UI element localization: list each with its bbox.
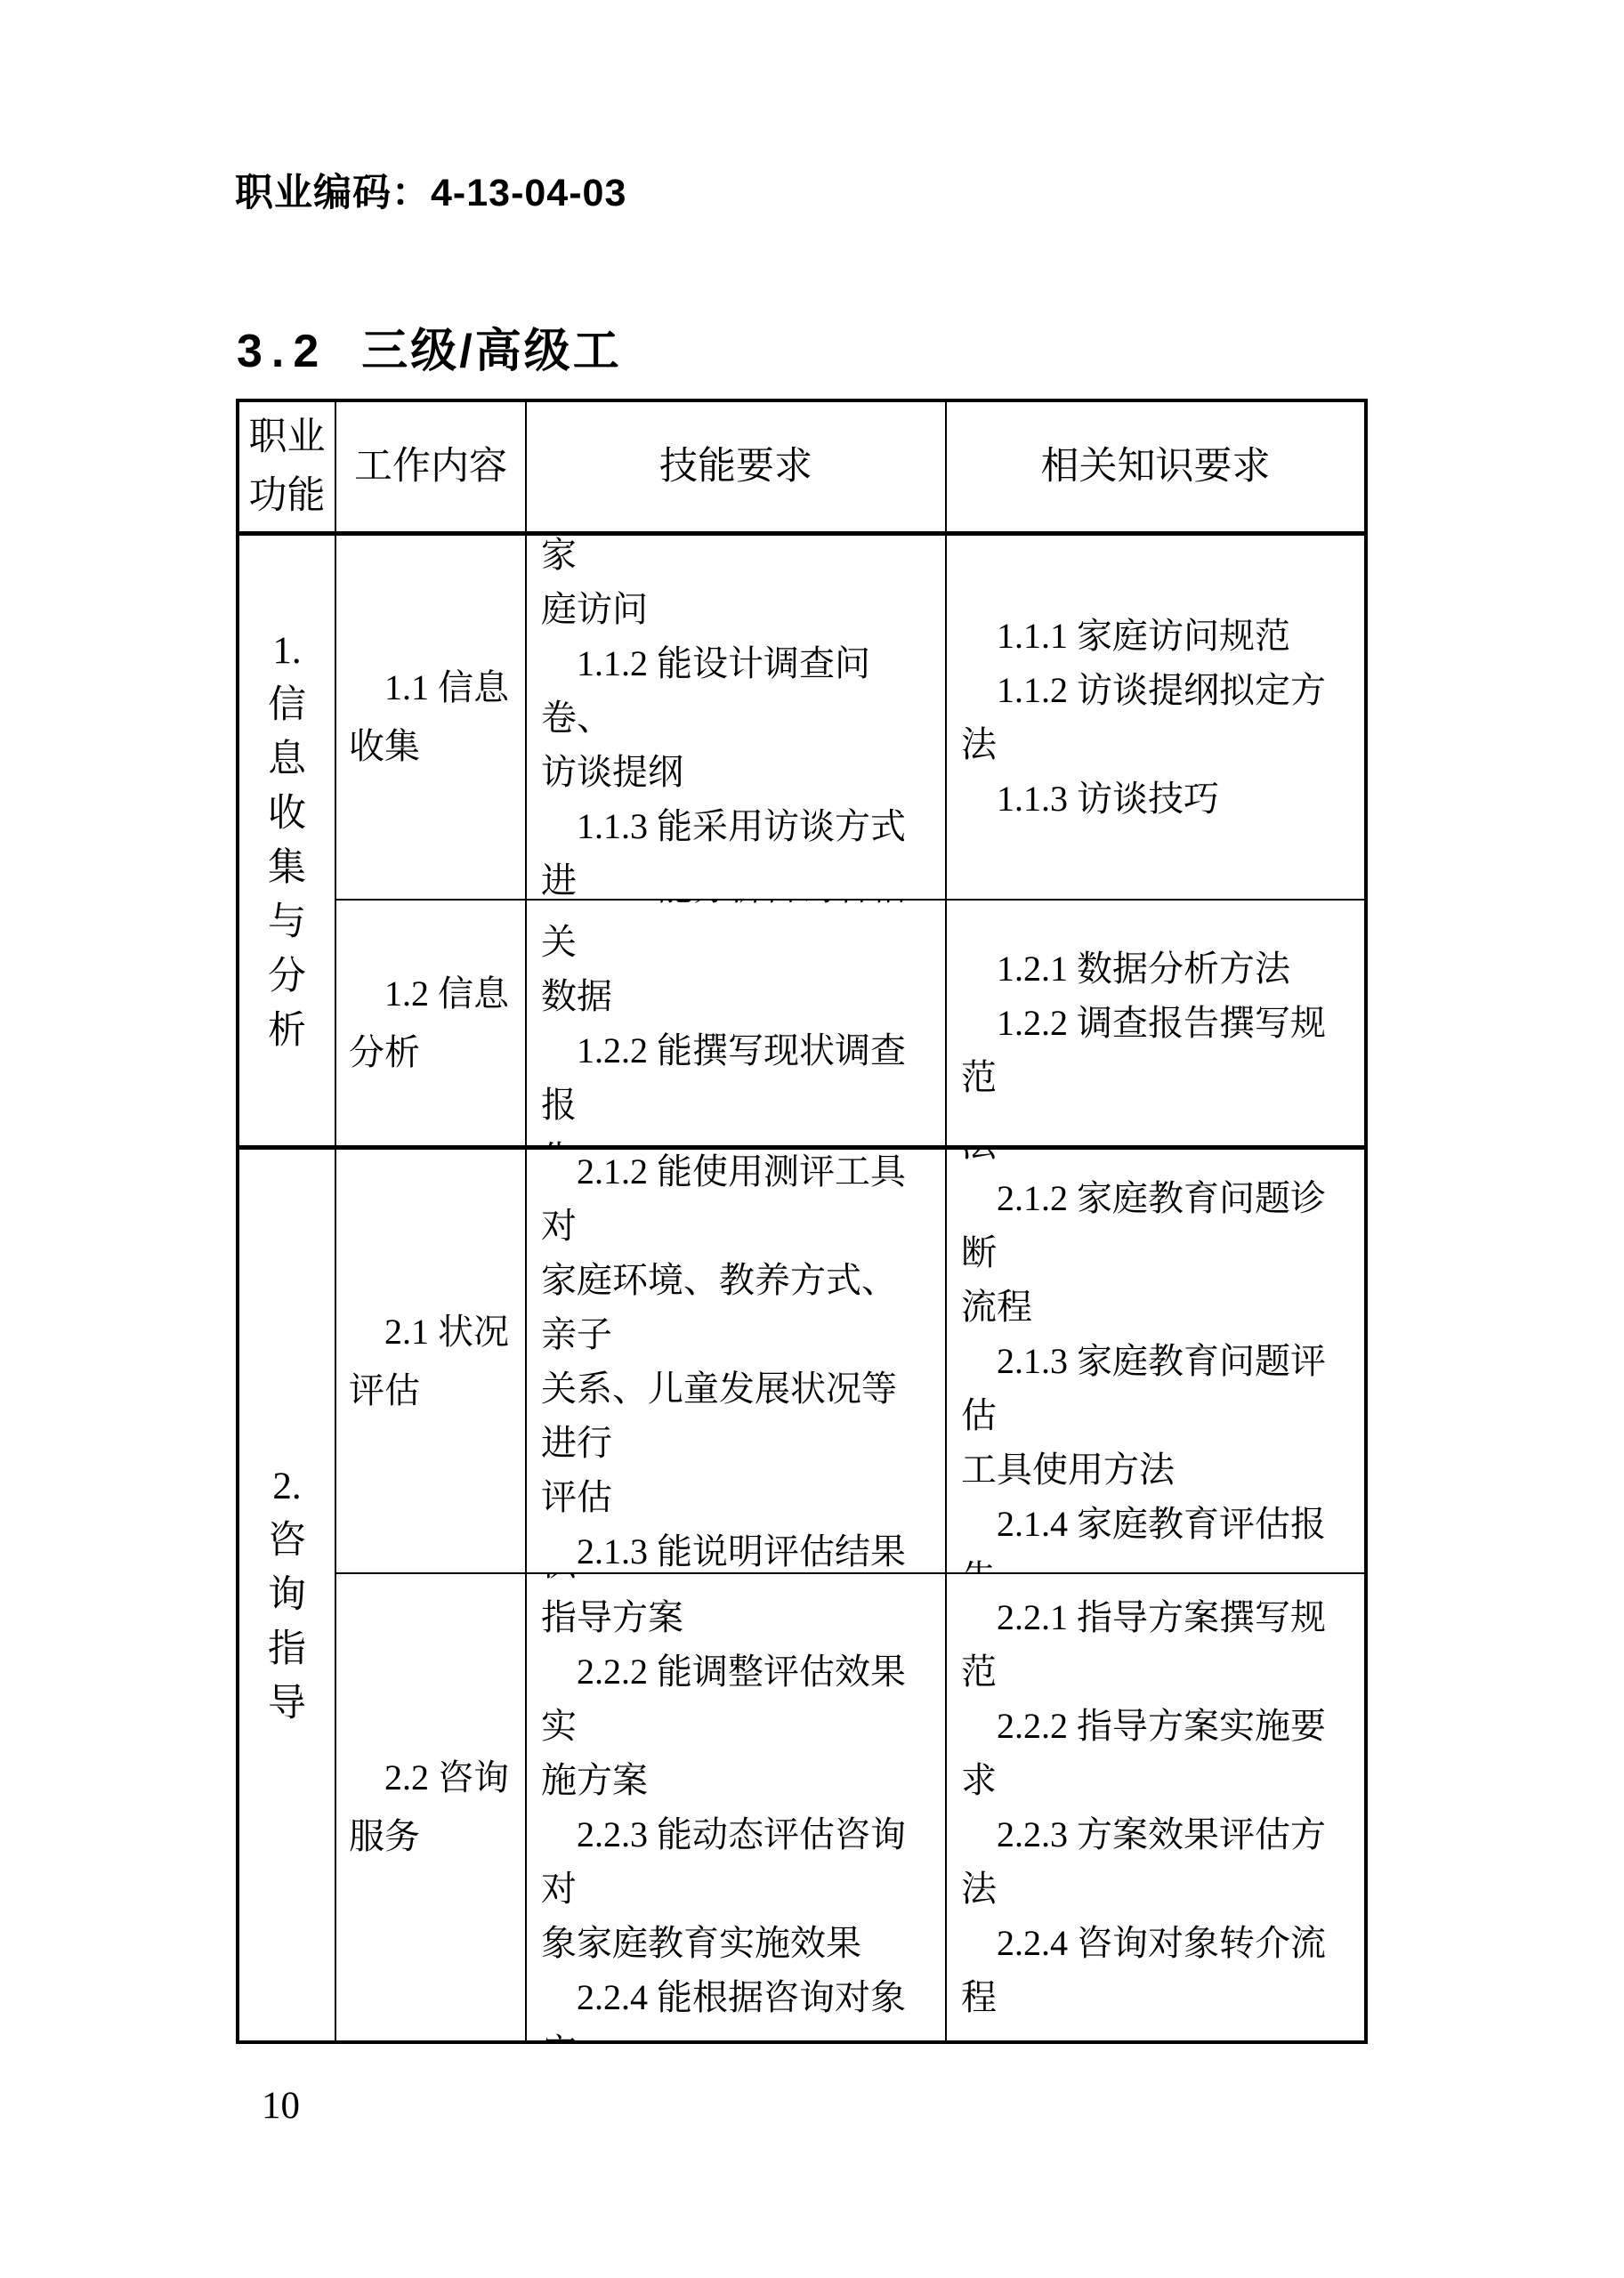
skills-requirements-table: 职业功能 工作内容 技能要求 相关知识要求 1.信息收集与分析 1.1 信息收集…	[236, 399, 1368, 2044]
requirement-item: 1.1.1 能根据要求进行家庭访问	[541, 536, 931, 636]
requirement-item: 1.1.2 访谈提纲拟定方法	[961, 663, 1350, 771]
requirement-item: 2.1.2 能使用测评工具对家庭环境、教养方式、亲子关系、儿童发展状况等进行评估	[541, 1150, 931, 1524]
requirement-item: 2.1.3 能说明评估结果	[541, 1524, 931, 1575]
requirement-item: 2.2.2 能调整评估效果实施方案	[541, 1644, 931, 1807]
work-item-label: 1.2 信息分析	[349, 965, 513, 1082]
section-title: 三级/高级工	[361, 313, 621, 380]
work-item-label: 1.1 信息收集	[349, 658, 513, 776]
requirement-item: 2.1.1 评估方案制定方法	[961, 1150, 1350, 1171]
requirement-item: 2.2.3 方案效果评估方法	[961, 1807, 1350, 1916]
requirement-item: 1.2.2 调查报告撰写规范	[961, 996, 1350, 1104]
requirement-item: 2.2.4 咨询对象转介流程	[961, 1916, 1350, 2024]
requirement-item: 2.2.3 能动态评估咨询对象家庭教育实施效果	[541, 1807, 931, 1970]
knowledge-cell-2-1: 2.1.1 评估方案制定方法2.1.2 家庭教育问题诊断流程2.1.3 家庭教育…	[947, 1150, 1364, 1574]
work-item-label: 2.1 状况评估	[349, 1303, 513, 1420]
function-cell-consulting-guidance: 2.咨询指导	[239, 1150, 336, 2040]
work-cell-1-2: 1.2 信息分析	[336, 901, 527, 1150]
knowledge-cell-1-2: 1.2.1 数据分析方法1.2.2 调查报告撰写规范	[947, 901, 1364, 1150]
requirement-item: 1.1.3 访谈技巧	[961, 771, 1350, 826]
work-cell-2-2: 2.2 咨询服务	[336, 1574, 527, 2040]
requirement-item: 2.1.3 家庭教育问题评估工具使用方法	[961, 1334, 1350, 1497]
requirement-item: 2.2.2 指导方案实施要求	[961, 1699, 1350, 1807]
requirement-item: 2.1.4 家庭教育评估报告撰写规范	[961, 1497, 1350, 1574]
requirement-item: 1.2.1 数据分析方法	[961, 941, 1350, 996]
work-item-label: 2.2 咨询服务	[349, 1749, 513, 1866]
requirement-item: 2.2.1 能为咨询对象提供指导方案	[541, 1574, 931, 1644]
skill-cell-1-1: 1.1.1 能根据要求进行家庭访问1.1.2 能设计调查问卷、访谈提纲1.1.3…	[527, 536, 947, 901]
section-number: 3.2	[237, 325, 327, 378]
skill-cell-2-1: 2.1.1 能制定评估方案2.1.2 能使用测评工具对家庭环境、教养方式、亲子关…	[527, 1150, 947, 1574]
knowledge-cell-2-2: 2.2.1 指导方案撰写规范2.2.2 指导方案实施要求2.2.3 方案效果评估…	[947, 1574, 1364, 2040]
requirement-item: 2.2.4 能根据咨询对象实际情况及时转介	[541, 1970, 931, 2040]
document-page: 职业编码：4-13-04-03 3.2 三级/高级工 职业功能 工作内容 技能要…	[0, 0, 1624, 2278]
requirement-item: 1.1.3 能采用访谈方式进行调查	[541, 799, 931, 901]
header-cell-skill: 技能要求	[527, 402, 947, 536]
knowledge-cell-1-1: 1.1.1 家庭访问规范1.1.2 访谈提纲拟定方法1.1.3 访谈技巧	[947, 536, 1364, 901]
work-cell-1-1: 1.1 信息收集	[336, 536, 527, 901]
work-cell-2-1: 2.1 状况评估	[336, 1150, 527, 1574]
requirement-item: 1.1.2 能设计调查问卷、访谈提纲	[541, 636, 931, 799]
requirement-item: 1.1.1 家庭访问规范	[961, 609, 1350, 663]
section-heading: 3.2 三级/高级工	[237, 313, 622, 380]
header-cell-function: 职业功能	[239, 402, 336, 536]
requirement-item: 2.1.2 家庭教育问题诊断流程	[961, 1171, 1350, 1334]
skill-cell-2-2: 2.2.1 能为咨询对象提供指导方案2.2.2 能调整评估效果实施方案2.2.3…	[527, 1574, 947, 2040]
skill-cell-1-2: 1.2.1 能分析咨询者相关数据1.2.2 能撰写现状调查报告	[527, 901, 947, 1150]
header-cell-work: 工作内容	[336, 402, 527, 536]
function-cell-info-collection: 1.信息收集与分析	[239, 536, 336, 1150]
page-number: 10	[262, 2084, 300, 2128]
requirement-item: 1.2.1 能分析咨询者相关数据	[541, 901, 931, 1023]
requirement-item: 2.2.1 指导方案撰写规范	[961, 1590, 1350, 1699]
requirement-item: 1.2.2 能撰写现状调查报告	[541, 1023, 931, 1151]
header-cell-knowledge: 相关知识要求	[947, 402, 1364, 536]
occupation-code: 职业编码：4-13-04-03	[235, 163, 626, 217]
